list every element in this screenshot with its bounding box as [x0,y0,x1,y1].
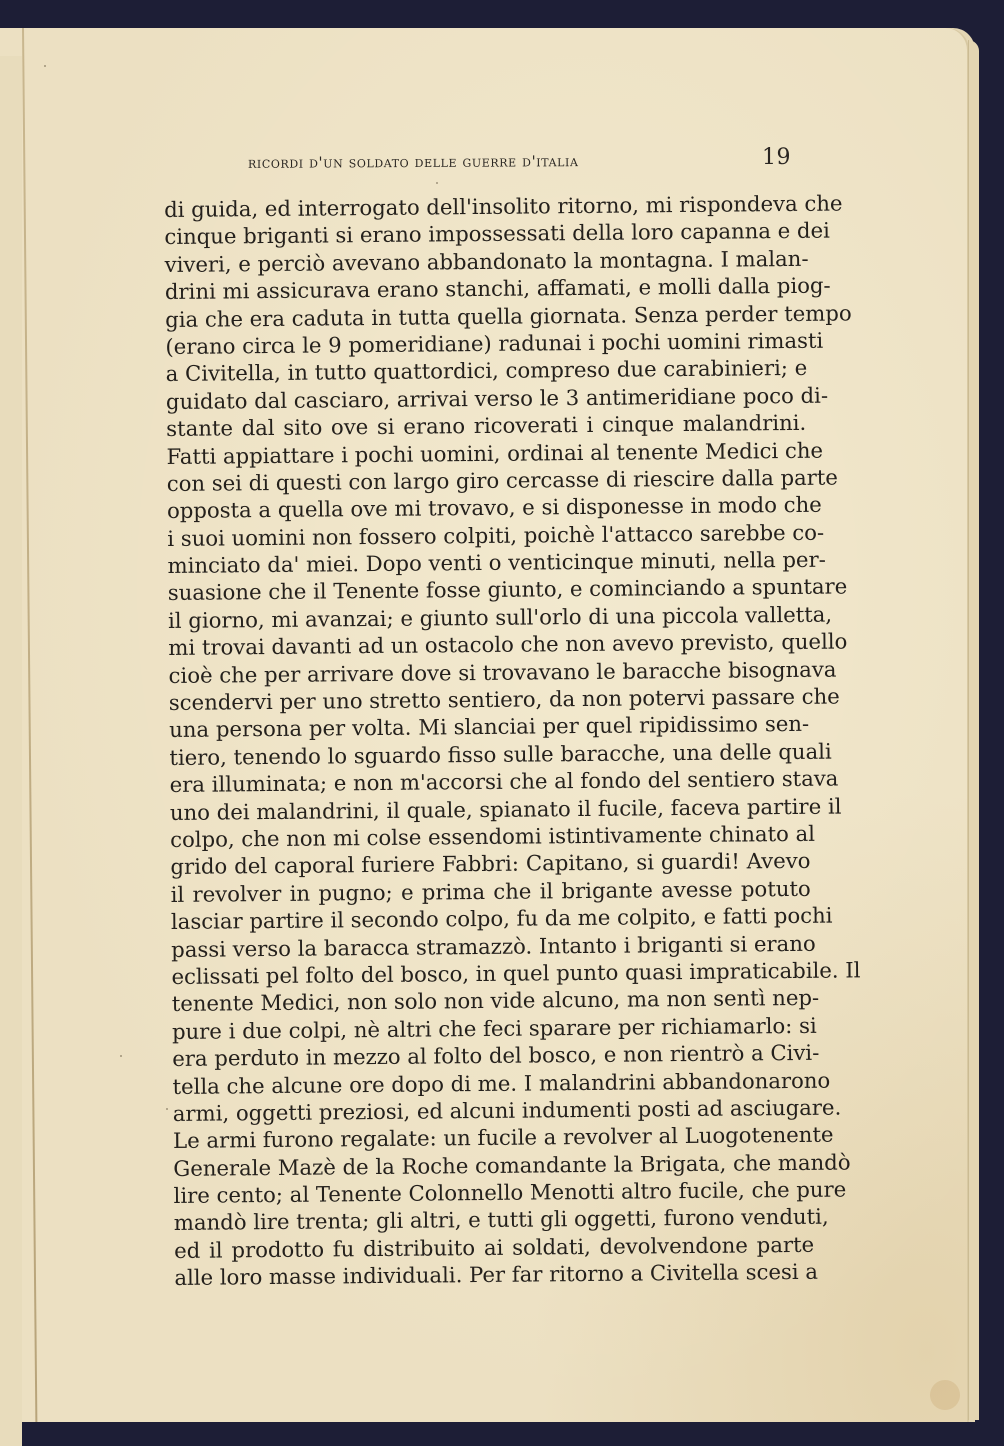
paper-speck [436,182,438,184]
paper-speck [120,1055,122,1057]
body-text: di guida, ed interrogato dell'insolito r… [164,190,814,1292]
page-fore-edge [968,40,979,1420]
paper-speck [166,1108,168,1110]
paper-stain [930,1380,960,1410]
facing-page-edge [0,56,22,1446]
page-number: 19 [762,145,791,170]
running-head-title: RICORDI D'UN SOLDATO DELLE GUERRE D'ITAL… [248,152,579,172]
paper-speck [44,65,46,67]
running-head: RICORDI D'UN SOLDATO DELLE GUERRE D'ITAL… [248,147,788,177]
